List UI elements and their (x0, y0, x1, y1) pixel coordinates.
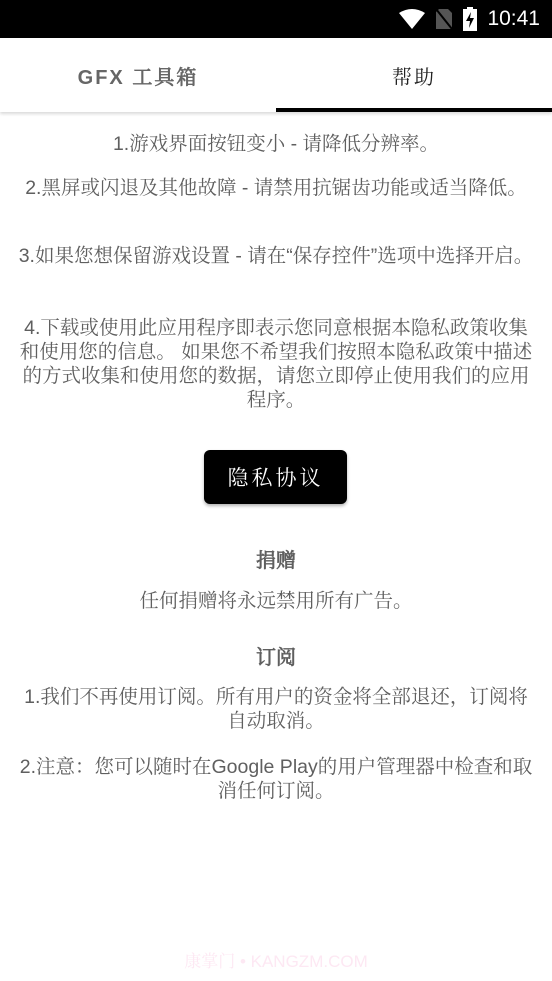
tab-indicator (276, 108, 552, 112)
tab-gfx-toolbox[interactable]: GFX 工具箱 (0, 38, 276, 112)
no-sim-icon (435, 8, 453, 30)
tab-bar: GFX 工具箱 帮助 (0, 38, 552, 112)
help-item-2: 2.黑屏或闪退及其他故障 - 请禁用抗锯齿功能或适当降低。 (16, 176, 536, 200)
donation-text: 任何捐赠将永远禁用所有广告。 (16, 589, 536, 613)
help-item-3: 3.如果您想保留游戏设置 - 请在“保存控件”选项中选择开启。 (16, 244, 536, 268)
subscription-item-2: 2.注意：您可以随时在Google Play的用户管理器中检查和取消任何订阅。 (16, 755, 536, 803)
status-bar: 10:41 (0, 0, 552, 38)
help-item-1: 1.游戏界面按钮变小 - 请降低分辨率。 (16, 132, 536, 156)
subscription-title: 订阅 (0, 641, 552, 670)
privacy-policy-button[interactable]: 隐私协议 (204, 450, 347, 504)
donation-title: 捐赠 (0, 544, 552, 573)
wifi-icon (399, 9, 425, 29)
subscription-item-1: 1.我们不再使用订阅。所有用户的资金将全部退还，订阅将自动取消。 (16, 685, 536, 733)
battery-charging-icon (463, 7, 477, 31)
watermark: 康掌门 • KANGZM.COM (0, 947, 552, 972)
help-item-4: 4.下载或使用此应用程序即表示您同意根据本隐私政策收集和使用您的信息。 如果您不… (16, 316, 536, 412)
clock: 10:41 (487, 7, 540, 31)
tab-help[interactable]: 帮助 (276, 38, 552, 112)
